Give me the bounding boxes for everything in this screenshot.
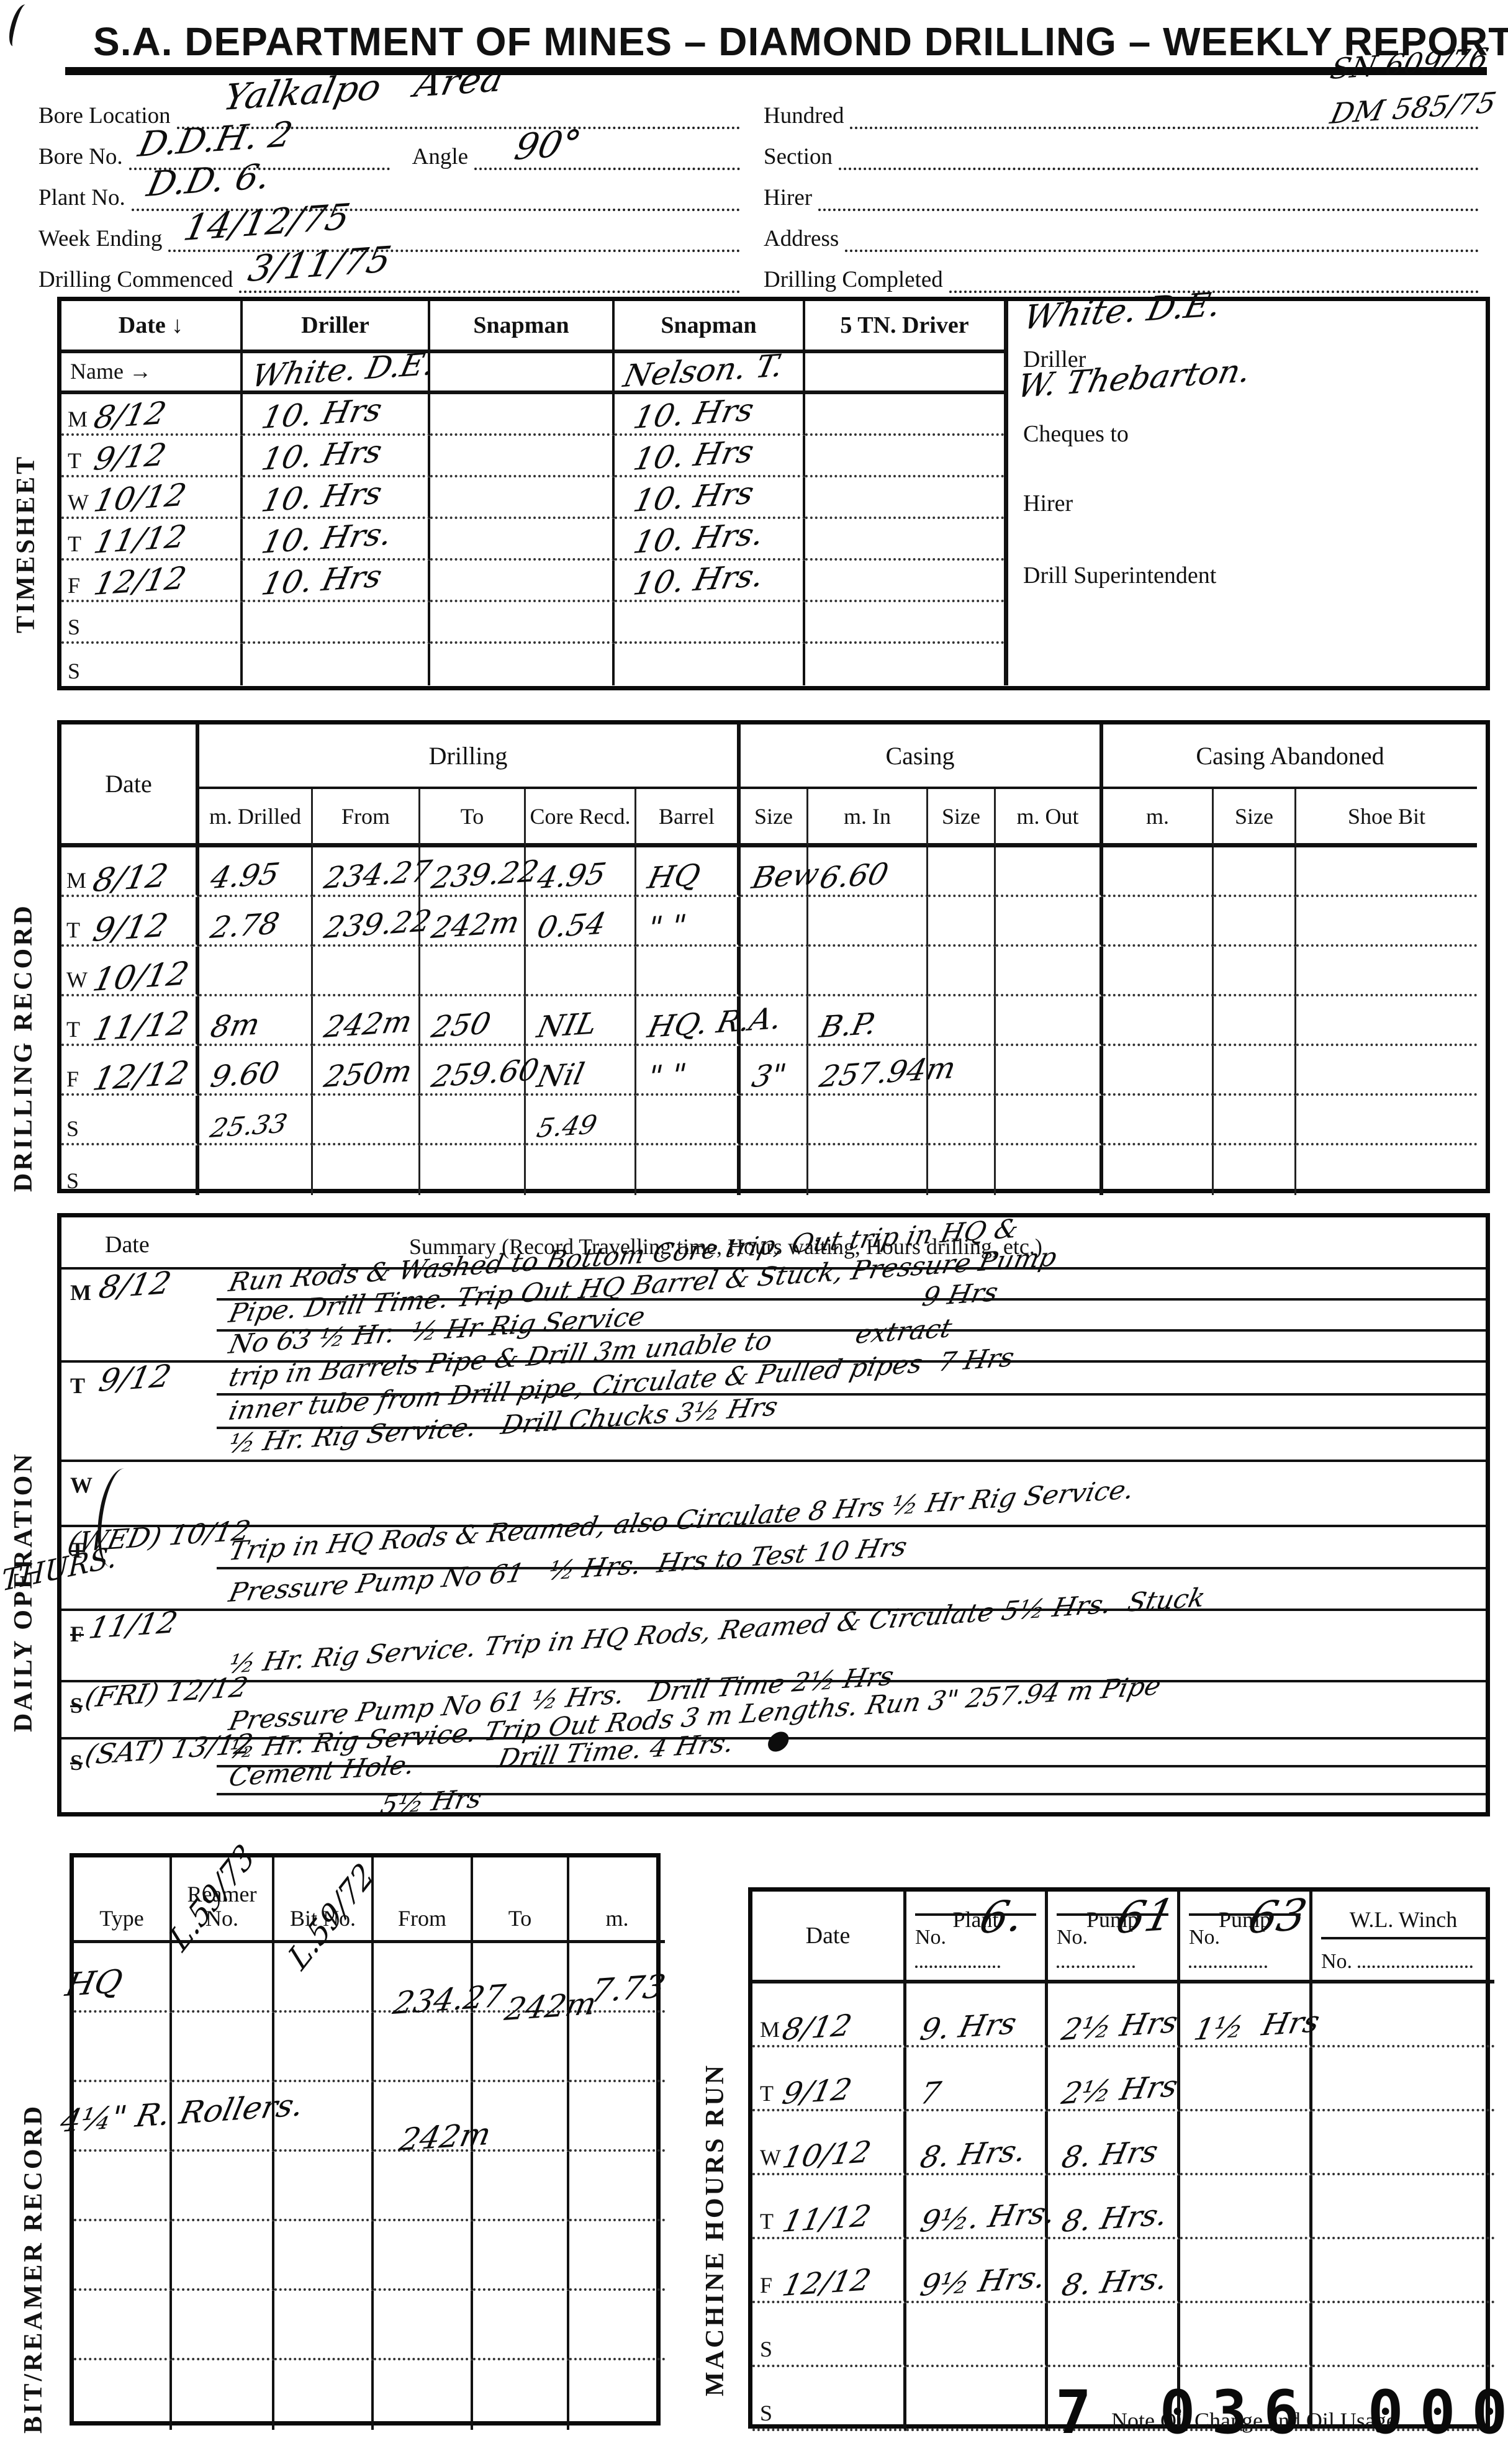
field-label: Hundred: [764, 102, 850, 129]
date-value: 9/12: [780, 2075, 854, 2109]
barrel-cell: " ": [636, 1046, 741, 1096]
no-text: No.: [1321, 1950, 1352, 1973]
day-letter: T: [66, 917, 80, 943]
snapman1-hours-cell: [430, 436, 615, 477]
date-cell: M8/12: [61, 394, 243, 436]
field-label: Week Ending: [38, 225, 168, 252]
sub-header-from: From: [313, 789, 420, 847]
winch-hours-cell: [1312, 2303, 1494, 2367]
pump61-hours-cell: [1048, 2303, 1180, 2367]
to-cell: 250: [420, 996, 526, 1046]
driller-hours-cell: 10. Hrs: [243, 436, 430, 477]
col-header-m: m.: [569, 1857, 665, 1943]
winch-hours-cell: [1312, 2047, 1494, 2111]
from-cell: 234.27: [313, 847, 420, 897]
plant-hours-cell: 9½. Hrs.: [906, 2175, 1048, 2239]
field-label: Hirer: [764, 184, 818, 211]
summary-line: Pressure Pump No 61 ½ Hrs. Hrs to Test 1…: [217, 1569, 1486, 1609]
daily-row: T(WED) 10/12 Trip in HQ Rods & Reamed, a…: [61, 1525, 1486, 1609]
field-label: Plant No.: [38, 184, 132, 211]
driller-hours-cell: 10. Hrs: [243, 394, 430, 436]
snapman2-hours-cell: 10. Hrs.: [615, 561, 805, 602]
field-value: 14/12/75: [181, 199, 353, 246]
field-bore-no: Bore No. D.D.H. 2 Angle 90°: [38, 129, 740, 170]
field-plant-no: Plant No. D.D. 6.: [38, 170, 740, 211]
dotted-line: [1057, 1949, 1135, 1968]
dotted-line: [845, 211, 1479, 252]
value: 242m: [429, 908, 522, 943]
hours-value: 8. Hrs.: [1059, 2200, 1170, 2237]
value: 250: [429, 1009, 494, 1042]
drilling-record-table: Date Drilling Casing Casing Abandoned m.…: [57, 720, 1490, 1193]
shoe-bit-cell: [1296, 996, 1477, 1046]
date-cell: S: [61, 602, 243, 644]
to-cell: [420, 947, 526, 996]
value: 2.78: [208, 909, 282, 943]
type-cell: [74, 2013, 172, 2082]
bit-from-2: 242m: [397, 2118, 494, 2155]
abandoned-size-cell: [1214, 1145, 1296, 1195]
side-name-value: White. D.E.: [1021, 287, 1224, 335]
hours-value: 10. Hrs: [631, 436, 757, 475]
day-letter: F: [70, 1621, 84, 1647]
barrel-cell: HQ: [636, 847, 741, 897]
plant-hours-cell: 9. Hrs: [906, 1983, 1048, 2047]
pump63-hours-cell: 1½ Hrs: [1180, 1983, 1312, 2047]
sub-header-m-out: m. Out: [996, 789, 1103, 847]
to-cell: [420, 1096, 526, 1145]
pump63-hours-cell: [1180, 2047, 1312, 2111]
col-header-pump-63: Pump 63 No.: [1180, 1892, 1312, 1983]
date-cell: S: [61, 1145, 199, 1195]
sub-header-size2: Size: [928, 789, 996, 847]
bit-m-1: 7.73: [588, 1970, 668, 2008]
value: 239.22: [322, 906, 434, 943]
no-label: No.: [1189, 1913, 1301, 1974]
plant-hours-cell: 9½ Hrs.: [906, 2239, 1048, 2303]
date-cell: M8/12: [752, 1983, 906, 2047]
from-cell: [374, 2360, 473, 2430]
col-header-date: Date ↓: [61, 301, 243, 353]
to-cell: [473, 2360, 569, 2430]
pump61-hours-cell: 8. Hrs: [1048, 2111, 1180, 2175]
field-address: Address: [764, 211, 1479, 252]
name-driller-cell: White. D.E.: [243, 353, 430, 394]
reamer-no-cell: [172, 2360, 274, 2430]
value: NIL: [535, 1009, 600, 1042]
value: " ": [645, 911, 689, 943]
summary-line: ½ Hr. Rig Service. Drill Chucks 3½ Hrs: [217, 1429, 1486, 1460]
shoe-bit-cell: [1296, 1096, 1477, 1145]
day-letter: S: [70, 1692, 83, 1718]
daily-row: S(SAT) 13/12 ½ Hr. Rig Service. Trip Out…: [61, 1737, 1486, 1821]
sub-header-shoe-bit: Shoe Bit: [1296, 789, 1477, 847]
day-letter: W: [760, 2144, 781, 2170]
summary-text: 5½ Hrs: [378, 1785, 484, 1818]
m-out-cell: [996, 847, 1103, 897]
m-drilled-cell: 8m: [199, 996, 313, 1046]
day-letter: T: [70, 1373, 85, 1399]
date-value: 8/12: [91, 397, 169, 433]
driller-hours-cell: [243, 602, 430, 644]
day-letter: S: [68, 658, 80, 684]
field-hundred: Hundred: [764, 88, 1479, 129]
date-cell: F12/12: [61, 561, 243, 602]
driver-hours-cell: [805, 602, 1004, 644]
casing-size-cell: [741, 1145, 808, 1195]
m-in-cell: 257.94m: [808, 1046, 928, 1096]
day-letter: S: [760, 2336, 772, 2362]
date-cell: S(SAT) 13/12: [61, 1740, 217, 1821]
col-header-pump-61: Pump 61 No.: [1048, 1892, 1180, 1983]
date-cell: S: [752, 2367, 906, 2431]
sub-header-size1: Size: [741, 789, 808, 847]
m-in-cell: [808, 1145, 928, 1195]
total-m-drilled: 25.33: [208, 1111, 289, 1142]
m-in-cell: [808, 947, 928, 996]
form-fields-right: Hundred Section Hirer Address Drilling C…: [764, 88, 1479, 293]
date-cell: T9/12: [61, 1363, 217, 1460]
snapman2-hours-cell: [615, 602, 805, 644]
value: 3": [749, 1060, 789, 1092]
reamer-no-cell: [172, 2013, 274, 2082]
barrel-cell: [636, 1096, 741, 1145]
barrel-cell: " ": [636, 897, 741, 947]
bit-reamer-table: Type Reamer No. Bit No. From To m. HQ L.…: [70, 1853, 661, 2426]
hours-value: 8. Hrs.: [918, 2136, 1029, 2173]
core-recd-cell: [526, 1145, 636, 1195]
driver-hours-cell: [805, 644, 1004, 685]
serial-stamp: 7 036 00013: [1055, 2378, 1508, 2447]
date-cell: S: [61, 644, 243, 685]
day-letter: S: [68, 614, 80, 640]
hours-value: 7: [918, 2078, 943, 2109]
day-letter: S: [70, 1749, 83, 1776]
field-label: Bore No.: [38, 143, 129, 170]
value: 6.60: [817, 859, 891, 893]
value: 4.95: [535, 859, 608, 893]
name-driver-cell: [805, 353, 1004, 394]
col-header-snapman2: Snapman: [615, 301, 805, 353]
day-letter: S: [66, 1116, 79, 1142]
name-label: Name →: [70, 358, 151, 384]
snapman2-hours-cell: 10. Hrs: [615, 394, 805, 436]
abandoned-m-cell: [1103, 847, 1214, 897]
driller-hours-cell: [243, 644, 430, 685]
day-letter: T: [760, 2080, 774, 2106]
hours-value: 10. Hrs: [259, 394, 385, 433]
value: Nil: [535, 1059, 587, 1092]
casing-size2-cell: [928, 996, 996, 1046]
casing-size-cell: [741, 996, 808, 1046]
col-header-winch: W.L. Winch No.: [1312, 1892, 1494, 1983]
hours-value: 10. Hrs: [631, 477, 757, 517]
winch-hours-cell: [1312, 2111, 1494, 2175]
snapman1-hours-cell: [430, 394, 615, 436]
from-cell: [374, 2291, 473, 2360]
date-value: 8/12: [780, 2011, 854, 2045]
dotted-line: 14/12/75: [168, 211, 740, 252]
driver-hours-cell: [805, 394, 1004, 436]
corner-ink-mark: [6, 2, 32, 48]
summary-cell: Trip in HQ Rods & Reamed, also Circulate…: [217, 1527, 1486, 1609]
dotted-line: 3/11/75: [239, 252, 740, 293]
section-label-bit-reamer: BIT/REAMER RECORD: [19, 1937, 48, 2434]
pump61-hours-cell: 8. Hrs.: [1048, 2175, 1180, 2239]
summary-cell: ½ Hr. Rig Service. Trip Out Rods 3 m Len…: [217, 1740, 1486, 1821]
section-label-timesheet: TIMESHEET: [11, 385, 41, 633]
field-value-angle: 90°: [512, 125, 584, 165]
abandoned-size-cell: [1214, 1096, 1296, 1145]
field-label: Drilling Completed: [764, 266, 949, 293]
core-recd-cell: NIL: [526, 996, 636, 1046]
snapman2-hours-cell: 10. Hrs.: [615, 519, 805, 561]
casing-size-cell: Bew: [741, 847, 808, 897]
dotted-line: [839, 129, 1479, 170]
col-header-snapman1: Snapman: [430, 301, 615, 353]
hours-value: 10. Hrs.: [631, 518, 767, 558]
to-cell: [473, 2152, 569, 2221]
hours-value: 10. Hrs: [259, 436, 385, 475]
bit-from-1: 234.27: [391, 1980, 508, 2019]
plant-hours-cell: [906, 2367, 1048, 2431]
barrel-cell: [636, 1145, 741, 1195]
snapman2-hours-cell: [615, 644, 805, 685]
core-recd-cell: Nil: [526, 1046, 636, 1096]
hours-value: 10. Hrs: [631, 394, 757, 433]
field-hirer: Hirer: [764, 170, 1479, 211]
value: " ": [645, 1060, 689, 1092]
hours-value: 1½ Hrs: [1191, 2006, 1322, 2045]
section-label-daily-operation: DAILY OPERATION: [9, 1335, 38, 1732]
driver-hours-cell: [805, 561, 1004, 602]
snapman2-hours-cell: 10. Hrs: [615, 477, 805, 519]
shoe-bit-cell: [1296, 1145, 1477, 1195]
type-cell: [74, 2360, 172, 2430]
abandoned-m-cell: [1103, 1046, 1214, 1096]
field-label: Drilling Commenced: [38, 266, 239, 293]
m-out-cell: [996, 897, 1103, 947]
casing-size-cell: [741, 1096, 808, 1145]
plant-hours-cell: 8. Hrs.: [906, 2111, 1048, 2175]
day-letter: F: [760, 2272, 772, 2298]
winch-hours-cell: [1312, 2175, 1494, 2239]
group-header-casing-abandoned: Casing Abandoned: [1103, 724, 1477, 789]
casing-size2-cell: [928, 1046, 996, 1096]
section-label-drilling-record: DRILLING RECORD: [9, 807, 38, 1192]
type-cell: [74, 2291, 172, 2360]
timesheet-table: Date ↓ Driller Snapman Snapman 5 TN. Dri…: [57, 297, 1490, 690]
sub-header-core-recd: Core Recd.: [526, 789, 636, 847]
pump61-hours-cell: 2½ Hrs: [1048, 2047, 1180, 2111]
date-cell: W: [61, 1462, 217, 1525]
bit-to-1: 242m: [502, 1988, 599, 2025]
date-value: 11/12: [90, 1008, 192, 1046]
bit-no-cell: [274, 2360, 374, 2430]
m-in-cell: 6.60: [808, 847, 928, 897]
no-text: No.: [1189, 1926, 1220, 1949]
pump61-hours-cell: 8. Hrs.: [1048, 2239, 1180, 2303]
sub-header-m-in: m. In: [808, 789, 928, 847]
bit-no-cell: [274, 2152, 374, 2221]
value: HQ: [645, 860, 703, 893]
reamer-no-cell: [172, 2152, 274, 2221]
m-cell: [569, 2082, 665, 2152]
casing-size2-cell: [928, 1145, 996, 1195]
from-cell: [374, 2221, 473, 2291]
shoe-bit-cell: [1296, 897, 1477, 947]
hours-value: 2½ Hrs: [1059, 2071, 1180, 2109]
from-cell: 239.22: [313, 897, 420, 947]
dotted-line: [1189, 1949, 1267, 1968]
field-section: Section: [764, 129, 1479, 170]
shoe-bit-cell: [1296, 1046, 1477, 1096]
day-letter: W: [68, 489, 89, 515]
hours-value: 2½ Hrs: [1059, 2007, 1180, 2045]
barrel-cell: [636, 947, 741, 996]
dotted-line: [1358, 1949, 1473, 1968]
col-header-type: Type: [74, 1857, 172, 1943]
shoe-bit-cell: [1296, 947, 1477, 996]
snapman2-name: Nelson. T.: [621, 350, 786, 392]
date-cell: M8/12: [61, 1270, 217, 1360]
m-in-cell: [808, 897, 928, 947]
from-cell: [374, 2013, 473, 2082]
no-text: No.: [915, 1926, 946, 1949]
sub-header-ab-size: Size: [1214, 789, 1296, 847]
core-recd-cell: 4.95: [526, 847, 636, 897]
pump63-hours-cell: [1180, 2111, 1312, 2175]
day-letter: M: [70, 1279, 91, 1306]
from-cell: [313, 947, 420, 996]
value: 9.60: [208, 1058, 282, 1092]
name-snapman1-cell: [430, 353, 615, 394]
casing-size2-cell: [928, 1096, 996, 1145]
shoe-bit-cell: [1296, 847, 1477, 897]
no-text: No.: [1057, 1926, 1088, 1949]
abandoned-size-cell: [1214, 1046, 1296, 1096]
field-label-angle: Angle: [390, 143, 474, 170]
snapman1-hours-cell: [430, 644, 615, 685]
sub-header-barrel: Barrel: [636, 789, 741, 847]
value: 4.95: [208, 859, 282, 893]
field-drilling-commenced: Drilling Commenced 3/11/75: [38, 252, 740, 293]
winch-hours-cell: [1312, 2239, 1494, 2303]
date-cell: T9/12: [752, 2047, 906, 2111]
date-value: 11/12: [91, 521, 189, 558]
bit-type-1: HQ: [63, 1965, 125, 2001]
date-cell: T9/12: [61, 436, 243, 477]
date-value: 12/12: [90, 1057, 192, 1096]
col-title: W.L. Winch: [1312, 1907, 1494, 1933]
no-label: No.: [1321, 1937, 1486, 1974]
m-drilled-cell: 9.60: [199, 1046, 313, 1096]
col-header-date: Date: [61, 724, 199, 847]
date-value: 12/12: [91, 562, 189, 600]
abandoned-m-cell: [1103, 1145, 1214, 1195]
form-fields-left: Bore Location Yalkalpo Area Bore No. D.D…: [38, 88, 740, 293]
driver-hours-cell: [805, 436, 1004, 477]
dotted-line: [850, 88, 1479, 129]
field-drilling-completed: Drilling Completed: [764, 252, 1479, 293]
plant-hours-cell: 7: [906, 2047, 1048, 2111]
core-recd-total-cell: 5.49: [526, 1096, 636, 1145]
field-label: Address: [764, 225, 845, 252]
abandoned-m-cell: [1103, 897, 1214, 947]
hours-value: 10. Hrs: [259, 477, 385, 517]
dotted-line: 90°: [474, 129, 740, 170]
date-value: 12/12: [780, 2265, 874, 2301]
date-cell: F12/12: [752, 2239, 906, 2303]
m-drilled-total-cell: 25.33: [199, 1096, 313, 1145]
day-letter: M: [68, 406, 88, 432]
col-header-from: From: [374, 1857, 473, 1943]
hours-value: 10. Hrs.: [259, 518, 395, 558]
field-value: 3/11/75: [245, 241, 394, 287]
m-out-cell: [996, 947, 1103, 996]
snapman2-hours-cell: 10. Hrs: [615, 436, 805, 477]
m-drilled-cell: 2.78: [199, 897, 313, 947]
field-label: Section: [764, 143, 839, 170]
abandoned-m-cell: [1103, 947, 1214, 996]
snapman1-hours-cell: [430, 519, 615, 561]
driver-hours-cell: [805, 519, 1004, 561]
value: B.P.: [817, 1009, 879, 1042]
m-in-cell: [808, 1096, 928, 1145]
type-cell: [74, 2152, 172, 2221]
side-cheques-label: Cheques to: [1023, 420, 1129, 448]
scanned-weekly-report: S.A. DEPARTMENT OF MINES – DIAMOND DRILL…: [0, 0, 1508, 2464]
day-letter: W: [70, 1472, 93, 1498]
type-cell: [74, 2221, 172, 2291]
abandoned-size-cell: [1214, 847, 1296, 897]
dotted-line: [915, 1949, 1000, 1968]
total-core-recd: 5.49: [535, 1112, 599, 1142]
from-cell: [313, 1096, 420, 1145]
date-cell: S(FRI) 12/12: [61, 1682, 217, 1737]
day-letter: F: [68, 572, 80, 598]
date-value: 11/12: [86, 1607, 180, 1643]
page-title: S.A. DEPARTMENT OF MINES – DIAMOND DRILL…: [93, 19, 1447, 65]
col-header-date: Date: [105, 1231, 150, 1258]
field-value: D.D. 6.: [144, 160, 273, 202]
pump63-hours-cell: [1180, 2175, 1312, 2239]
date-cell: T(WED) 10/12: [61, 1527, 217, 1609]
casing-size2-cell: [928, 947, 996, 996]
hours-value: 8. Hrs: [1059, 2137, 1161, 2173]
day-letter: T: [760, 2208, 774, 2234]
m-out-cell: [996, 996, 1103, 1046]
side-superintendent-label: Drill Superintendent: [1023, 562, 1216, 589]
date-value: 9/12: [96, 1360, 174, 1396]
m-cell: [569, 2013, 665, 2082]
m-out-cell: [996, 1145, 1103, 1195]
no-label: No.: [1057, 1913, 1168, 1974]
day-letter: M: [66, 867, 86, 893]
value: 242m: [322, 1007, 415, 1042]
date-cell: W10/12: [61, 477, 243, 519]
hours-value: 9½ Hrs.: [918, 2262, 1049, 2301]
m-cell: [569, 2152, 665, 2221]
date-cell: W10/12: [752, 2111, 906, 2175]
date-value: 11/12: [780, 2201, 874, 2237]
snapman1-hours-cell: [430, 602, 615, 644]
summary-cell: trip in Barrels Pipe & Drill 3m unable t…: [217, 1363, 1486, 1460]
machine-hours-table: Date Plant 6. No. Pump 61 No. Pump 63 No…: [748, 1887, 1490, 2429]
to-cell: [473, 2221, 569, 2291]
day-letter: M: [760, 2016, 780, 2042]
daily-row: T9/12 trip in Barrels Pipe & Drill 3m un…: [61, 1360, 1486, 1460]
